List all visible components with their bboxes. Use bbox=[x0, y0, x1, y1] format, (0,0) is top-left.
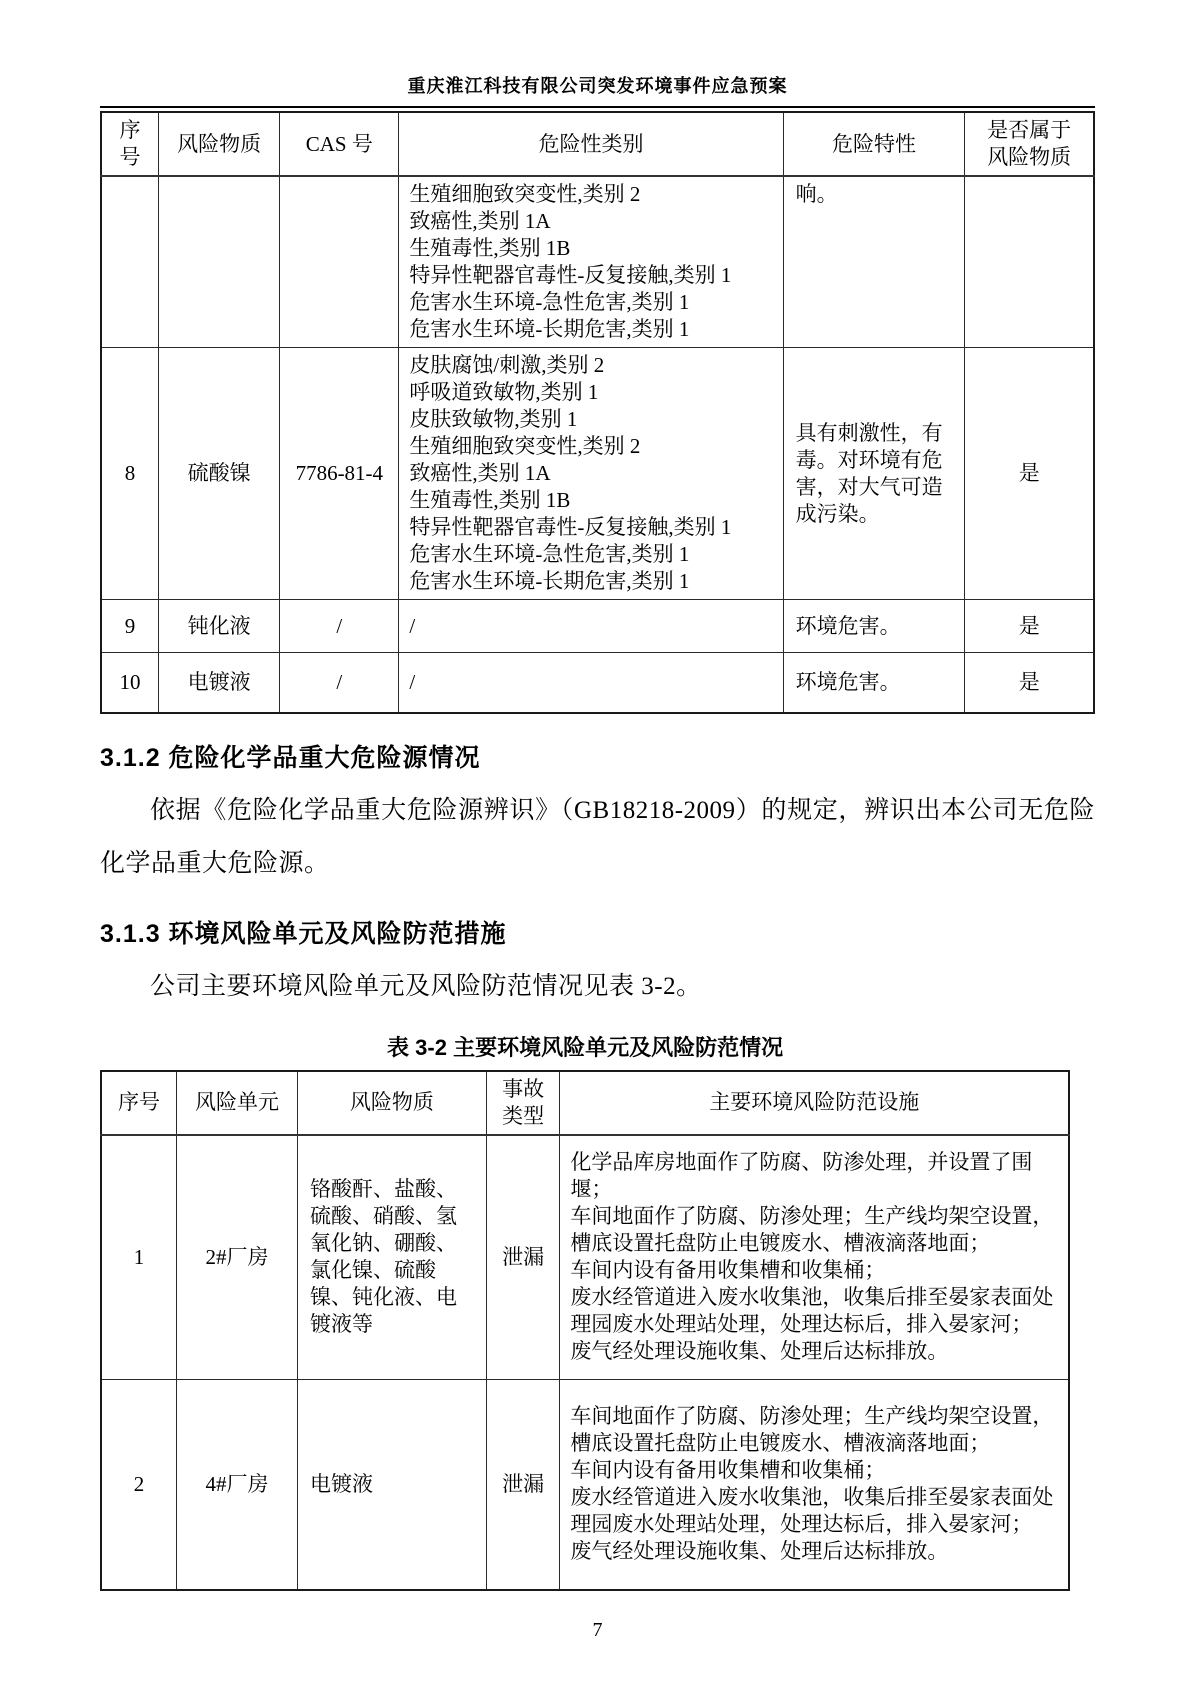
cell-substance bbox=[159, 176, 280, 348]
col-header-unit: 风险单元 bbox=[177, 1071, 298, 1135]
cell-categories: / bbox=[399, 653, 783, 713]
section-heading-313: 3.1.3 环境风险单元及风险防范措施 bbox=[100, 914, 1095, 950]
cell-is-risk: 是 bbox=[965, 600, 1094, 653]
section-paragraph-313: 公司主要环境风险单元及风险防范情况见表 3-2。 bbox=[100, 960, 1095, 1013]
col-header-substances: 风险物质 bbox=[298, 1071, 487, 1135]
header-rule bbox=[100, 106, 1095, 108]
cell-no: 1 bbox=[101, 1135, 177, 1380]
risk-unit-table: 序号 风险单元 风险物质 事故 类型 主要环境风险防范设施 1 2#厂房 铬酸酐… bbox=[100, 1070, 1070, 1591]
cell-no: 9 bbox=[101, 600, 159, 653]
col-header-accident-type: 事故 类型 bbox=[486, 1071, 560, 1135]
cell-cas: / bbox=[280, 653, 399, 713]
section-heading-312: 3.1.2 危险化学品重大危险源情况 bbox=[100, 738, 1095, 774]
col-header-categories: 危险性类别 bbox=[399, 112, 783, 176]
cell-is-risk: 是 bbox=[965, 653, 1094, 713]
table-row: 10 电镀液 / / 环境危害。 是 bbox=[101, 653, 1094, 713]
cell-cas: / bbox=[280, 600, 399, 653]
table-row: 2 4#厂房 电镀液 泄漏 车间地面作了防腐、防渗处理；生产线均架空设置，槽底设… bbox=[101, 1380, 1069, 1590]
col-header-substance: 风险物质 bbox=[159, 112, 280, 176]
page-header-title: 重庆淮江科技有限公司突发环境事件应急预案 bbox=[100, 72, 1095, 98]
cell-substance: 硫酸镍 bbox=[159, 348, 280, 600]
cell-no: 10 bbox=[101, 653, 159, 713]
cell-no: 2 bbox=[101, 1380, 177, 1590]
cell-substances: 铬酸酐、盐酸、硫酸、硝酸、氢氧化钠、硼酸、氯化镍、硫酸镍、钝化液、电镀液等 bbox=[298, 1135, 487, 1380]
cell-substance: 电镀液 bbox=[159, 653, 280, 713]
cell-substances: 电镀液 bbox=[298, 1380, 487, 1590]
table-row: 9 钝化液 / / 环境危害。 是 bbox=[101, 600, 1094, 653]
cell-unit: 2#厂房 bbox=[177, 1135, 298, 1380]
col-header-cas: CAS 号 bbox=[280, 112, 399, 176]
col-header-no: 序 号 bbox=[101, 112, 159, 176]
section-paragraph-312: 依据《危险化学品重大危险源辨识》（GB18218-2009）的规定，辨识出本公司… bbox=[100, 784, 1095, 890]
hazard-table-header-row: 序 号 风险物质 CAS 号 危险性类别 危险特性 是否属于 风险物质 bbox=[101, 112, 1094, 176]
cell-is-risk bbox=[965, 176, 1094, 348]
col-header-traits: 危险特性 bbox=[783, 112, 965, 176]
col-header-measures: 主要环境风险防范设施 bbox=[560, 1071, 1069, 1135]
cell-cas bbox=[280, 176, 399, 348]
cell-no: 8 bbox=[101, 348, 159, 600]
table-row: 1 2#厂房 铬酸酐、盐酸、硫酸、硝酸、氢氧化钠、硼酸、氯化镍、硫酸镍、钝化液、… bbox=[101, 1135, 1069, 1380]
col-header-no: 序号 bbox=[101, 1071, 177, 1135]
cell-traits: 具有刺激性，有毒。对环境有危害，对大气可造成污染。 bbox=[783, 348, 965, 600]
page-number: 7 bbox=[100, 1619, 1095, 1642]
cell-unit: 4#厂房 bbox=[177, 1380, 298, 1590]
cell-no bbox=[101, 176, 159, 348]
cell-traits: 环境危害。 bbox=[783, 600, 965, 653]
table-row: 生殖细胞致突变性,类别 2 致癌性,类别 1A 生殖毒性,类别 1B 特异性靶器… bbox=[101, 176, 1094, 348]
cell-categories: 皮肤腐蚀/刺激,类别 2 呼吸道致敏物,类别 1 皮肤致敏物,类别 1 生殖细胞… bbox=[399, 348, 783, 600]
cell-measures: 化学品库房地面作了防腐、防渗处理，并设置了围堰； 车间地面作了防腐、防渗处理；生… bbox=[560, 1135, 1069, 1380]
cell-traits: 响。 bbox=[783, 176, 965, 348]
cell-is-risk: 是 bbox=[965, 348, 1094, 600]
cell-cas: 7786-81-4 bbox=[280, 348, 399, 600]
cell-categories: / bbox=[399, 600, 783, 653]
unit-table-header-row: 序号 风险单元 风险物质 事故 类型 主要环境风险防范设施 bbox=[101, 1071, 1069, 1135]
hazard-substances-table: 序 号 风险物质 CAS 号 危险性类别 危险特性 是否属于 风险物质 生殖细胞… bbox=[100, 111, 1095, 714]
cell-accident-type: 泄漏 bbox=[486, 1135, 560, 1380]
cell-traits: 环境危害。 bbox=[783, 653, 965, 713]
table-row: 8 硫酸镍 7786-81-4 皮肤腐蚀/刺激,类别 2 呼吸道致敏物,类别 1… bbox=[101, 348, 1094, 600]
cell-substance: 钝化液 bbox=[159, 600, 280, 653]
cell-measures: 车间地面作了防腐、防渗处理；生产线均架空设置，槽底设置托盘防止电镀废水、槽液滴落… bbox=[560, 1380, 1069, 1590]
cell-categories: 生殖细胞致突变性,类别 2 致癌性,类别 1A 生殖毒性,类别 1B 特异性靶器… bbox=[399, 176, 783, 348]
unit-table-caption: 表 3-2 主要环境风险单元及风险防范情况 bbox=[100, 1031, 1070, 1062]
cell-accident-type: 泄漏 bbox=[486, 1380, 560, 1590]
col-header-is-risk: 是否属于 风险物质 bbox=[965, 112, 1094, 176]
